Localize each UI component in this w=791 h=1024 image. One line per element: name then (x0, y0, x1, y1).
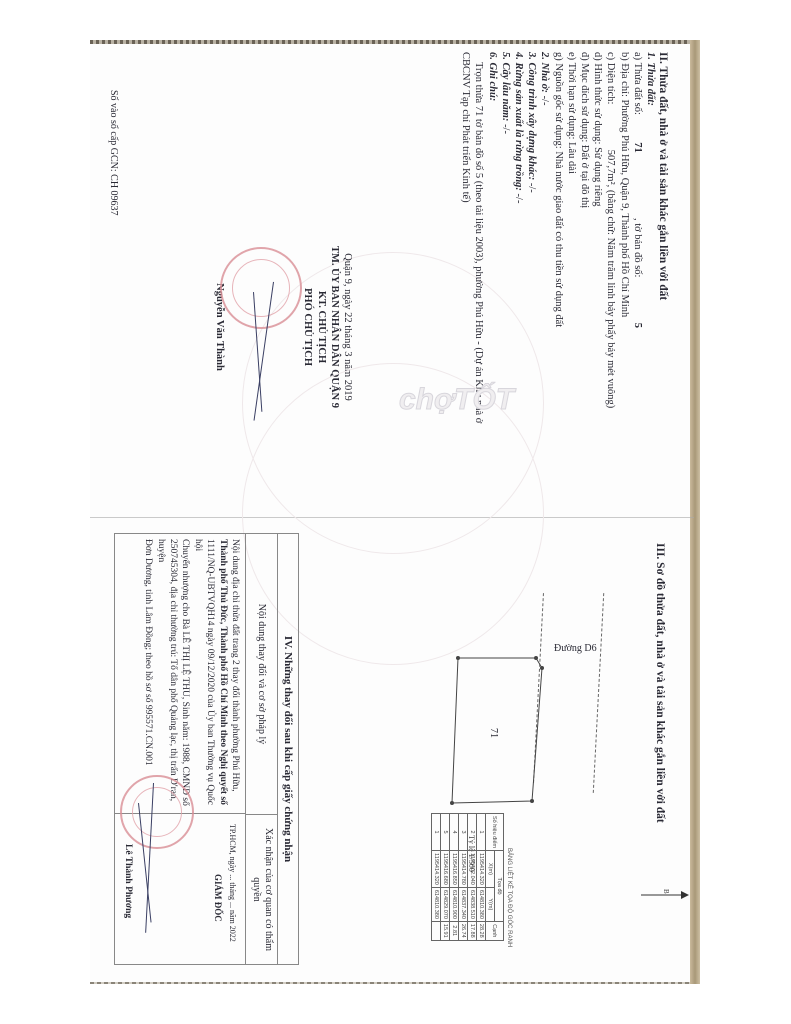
notes-label: 6. Ghi chú: (485, 52, 498, 423)
perennial-row: 5. Cây lâu năm: -/- (499, 52, 512, 423)
parcel-label: 71 (488, 728, 499, 738)
coord-row: 51195416.680614829.07015.91 (441, 814, 450, 941)
section-4-title: IV. Những thay đổi sau khi cấp giấy chứn… (277, 534, 298, 964)
authority-confirm-header: Xác nhận của cơ quan có thẩm quyền (246, 815, 277, 964)
section-4-table: IV. Những thay đổi sau khi cấp giấy chứn… (114, 533, 299, 965)
coord-row: 11195414.320614810.380 (432, 814, 441, 941)
land-heading: 1. Thửa đất: (644, 52, 657, 423)
parcel-number: 71 (632, 142, 643, 153)
notes-line-1: Trọn thửa 71 tờ bản đồ số 5 (theo tài li… (472, 52, 485, 423)
coord-row: 21195402.040614838.51017.88 (468, 814, 477, 941)
coord-row: 11195414.320614810.38028.28 (477, 814, 486, 941)
address-row: b) Địa chỉ: Phường Phú Hữu, Quận 9, Thàn… (617, 52, 630, 423)
road-label: Đường D6 (554, 643, 597, 654)
house-row: 2. Nhà ở: -/- (538, 52, 551, 423)
section-3-title: III. Sơ đồ thửa đất, nhà ở và tài sản kh… (654, 543, 666, 823)
official-red-stamp-2 (120, 775, 194, 849)
confirm-date: TP.HCM, ngày ... tháng ... năm 2022 (228, 824, 237, 942)
section-2-title: II. Thửa đất, nhà ở và tài sản khác gắn … (657, 52, 669, 423)
forest-row: 4. Rừng sản xuất là rừng trồng: -/- (512, 52, 525, 423)
parcel-number-row: a) Thửa đất số: 71 , tờ bản đồ số: 5 (631, 52, 644, 423)
confirm-name: Lê Thành Phương (123, 844, 133, 918)
usage-form-row: d) Hình thức sử dụng: Sử dụng riêng (591, 52, 604, 423)
usage-purpose-row: đ) Mục đích sử dụng: Đất ở tại đô thị (578, 52, 591, 423)
official-red-stamp (220, 247, 302, 329)
area-row: c) Diện tích: 507,7m², (bằng chữ: Năm tr… (604, 52, 617, 423)
other-works-row: 3. Công trình xây dựng khác: -/- (525, 52, 538, 423)
change-content: Nội dung địa chỉ thửa đất trang 2 thay đ… (115, 534, 245, 814)
north-symbol: B (662, 889, 670, 894)
confirm-role: GIÁM ĐỐC (213, 874, 223, 922)
coord-table-caption: BẢNG LIỆT KÊ TỌA ĐỘ GÓC RANH (506, 848, 512, 947)
chotot-watermark: chợTỐT (399, 383, 514, 417)
change-content-header: Nội dung thay đổi và cơ sở pháp lý (246, 534, 277, 815)
coord-row: 41195416.850614810.9002.81 (450, 814, 459, 941)
page-section-3-4: chợTỐT III. Sơ đồ thửa đất, nhà ở và tài… (90, 513, 694, 984)
usage-origin-row: g) Nguồn gốc sử dụng: Nhà nước giao đất … (551, 52, 564, 423)
section-2: II. Thửa đất, nhà ở và tài sản khác gắn … (459, 52, 669, 423)
notes-line-2: CBCNV Tạp chí Phát triển Kinh tế) (459, 52, 472, 423)
road-boundary-upper (593, 593, 604, 793)
coord-table: Số hiệu điểm Tọa độ Cạnh X(m) Y(m) 11195… (431, 813, 504, 941)
usage-term-row: e) Thời hạn sử dụng: Lâu dài (565, 52, 578, 423)
signer-name: Nguyễn Văn Thành (213, 217, 226, 437)
map-sheet-number: 5 (632, 323, 643, 328)
coord-row: 31195414.780614837.34026.74 (459, 814, 468, 941)
registration-serial: Số vào sổ cấp GCN: CH 09637 (108, 90, 119, 216)
rotated-document: II. Thửa đất, nhà ở và tài sản khác gắn … (90, 42, 694, 984)
